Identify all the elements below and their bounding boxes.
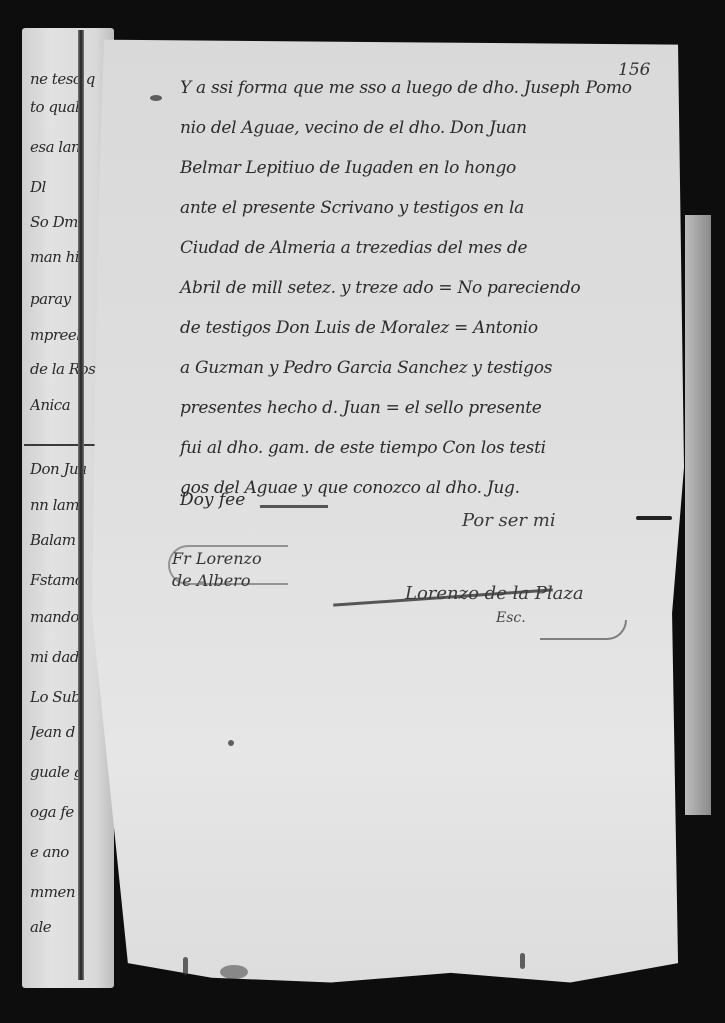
text-line: Ciudad de Almeria a trezedias del mes de xyxy=(180,228,680,268)
text-line: Y a ssi forma que me sso a luego de dho.… xyxy=(180,68,680,108)
text-line: gos del Aguae y que conozco al dho. Jug. xyxy=(180,468,680,508)
ink-stain xyxy=(228,740,234,746)
text-line: Belmar Lepitiuo de Iugaden en lo hongo xyxy=(180,148,680,188)
closing-phrase: Doy fee xyxy=(180,490,245,510)
left-line: Jean d xyxy=(30,723,112,741)
signature-rubric xyxy=(540,620,627,640)
left-line: mmen xyxy=(30,883,112,901)
ink-mark xyxy=(636,516,672,520)
signature-right-title: Esc. xyxy=(496,610,526,626)
left-line: e ano xyxy=(30,843,112,861)
ink-stain xyxy=(150,95,162,101)
page-edge xyxy=(685,215,711,815)
text-line: ante el presente Scrivano y testigos en … xyxy=(180,188,680,228)
signature-right-heading: Por ser mi xyxy=(462,510,556,531)
left-line: Lo Sub xyxy=(30,688,112,706)
left-line: to qual xyxy=(30,98,112,116)
signature-right-name: Lorenzo de la Plaza xyxy=(405,583,584,604)
main-text: Y a ssi forma que me sso a luego de dho.… xyxy=(180,68,680,508)
left-line: oga fe xyxy=(30,803,112,821)
text-line: fui al dho. gam. de este tiempo Con los … xyxy=(180,428,680,468)
text-line: Abril de mill setez. y treze ado = No pa… xyxy=(180,268,680,308)
closing-flourish xyxy=(260,505,328,508)
ink-stain xyxy=(520,953,525,969)
ink-stain xyxy=(183,957,188,975)
signature-left: Fr Lorenzo de Albero xyxy=(172,548,262,592)
text-line: de testigos Don Luis de Moralez = Antoni… xyxy=(180,308,680,348)
signature-left-line: de Albero xyxy=(172,570,262,592)
text-line: nio del Aguae, vecino de el dho. Don Jua… xyxy=(180,108,680,148)
left-line: ne teso q xyxy=(30,70,112,88)
binding-spine xyxy=(78,30,84,980)
left-line: esa lan xyxy=(30,138,112,156)
left-line: ale xyxy=(30,918,112,936)
left-line: guale g xyxy=(30,763,112,781)
ink-stain xyxy=(220,965,248,979)
signature-left-line: Fr Lorenzo xyxy=(172,548,262,570)
text-line: presentes hecho d. Juan = el sello prese… xyxy=(180,388,680,428)
text-line: a Guzman y Pedro Garcia Sanchez y testig… xyxy=(180,348,680,388)
